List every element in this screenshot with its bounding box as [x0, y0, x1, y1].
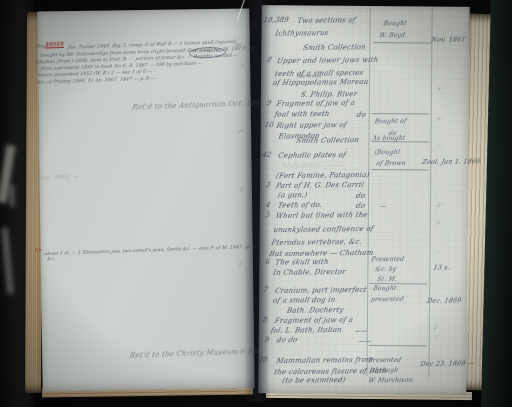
struck-line: Myliobatis ———	[281, 161, 346, 170]
column-tick: /	[435, 335, 438, 341]
entry-line: Part of H. G. Des Carril	[275, 181, 364, 190]
acquisition-note: through	[372, 367, 399, 374]
entry-number: 18,389	[263, 16, 290, 24]
row-rule	[373, 42, 431, 44]
ditto-mark: do	[355, 202, 366, 210]
entry-line: Fragment of jaw of a	[276, 99, 356, 108]
ditto-mark: do	[355, 192, 366, 200]
entry-line: unankylosed confluence of	[273, 225, 375, 234]
paint-smudge	[10, 185, 14, 207]
entry-line: (to be examined)	[281, 376, 346, 385]
row-rule	[372, 113, 429, 114]
dash-mark: —	[379, 203, 387, 210]
column-tick: —	[436, 143, 443, 149]
date-note: Nov. 1861	[431, 37, 467, 44]
row-rule	[371, 169, 428, 170]
entry-line: foal with teeth	[274, 110, 330, 119]
acquisition-note: As bought	[372, 135, 406, 142]
ledger-photo: (Reg) 10310 Jno. Turner 1849. Bay 3, com…	[0, 0, 512, 407]
entry-line: Whorl but lined with the	[275, 211, 369, 220]
entry-line: Fragment of jaw of a	[274, 316, 354, 325]
margin-mark: gr	[238, 129, 246, 135]
entry-number: 20	[258, 356, 269, 364]
row-rule	[369, 345, 427, 347]
acquisition-note: Bought	[383, 20, 408, 27]
acquisition-note: Presented	[368, 357, 402, 364]
entry-line: do do	[276, 336, 298, 344]
entry-line: (Fort Famine, Patagonia)	[275, 171, 370, 180]
entry-number: 9	[266, 99, 272, 107]
entry-line: But somewhere — Chatham	[269, 249, 375, 258]
red-ink-mark: No	[34, 247, 42, 252]
entry-number: 9	[264, 336, 270, 344]
acquisition-note: W. Boyd	[379, 32, 406, 39]
acquisition-note: W. Murchison	[368, 377, 414, 385]
entry-line: (a gun.)	[277, 191, 308, 199]
entry-number: 5	[265, 211, 271, 219]
column-rule	[428, 9, 432, 377]
entry-number: 7	[262, 286, 268, 294]
returned-note: Ret'd to the Antiquarium Oct. 1861	[132, 99, 266, 112]
column-tick: 2	[436, 203, 441, 209]
acquisition-note: Bought	[372, 285, 397, 292]
entry-line: In Chable, Director	[272, 268, 346, 277]
pencil-note: Dec. 1861 —	[37, 174, 79, 182]
left-page: (Reg) 10310 Jno. Turner 1849. Bay 3, com…	[37, 9, 254, 392]
entry-line: Two sections of	[297, 16, 357, 25]
paint-smudge	[1, 228, 14, 294]
entry-line: Smith Collection	[296, 136, 360, 145]
column-tick: —	[435, 249, 442, 255]
date-note: Dec 23. 1869 —	[420, 360, 475, 368]
entry-line: Ichthyosaurus	[275, 29, 330, 38]
entry-line: of Hippopotamus Moreau	[272, 78, 369, 87]
entry-line: Cranium, part imperfect	[274, 286, 367, 295]
entry-line: S. Philip. River	[300, 90, 358, 99]
entry-line: Upper and lower jaws with	[276, 56, 379, 65]
column-tick: +	[436, 87, 442, 93]
column-tick: +	[436, 117, 442, 123]
ditto-mark: do	[356, 111, 367, 119]
entry-number: 8	[262, 316, 268, 324]
entry-number: 10	[264, 121, 275, 129]
date-note: Dec. 1869	[426, 298, 462, 305]
entry-line: Mammalian remains from	[276, 356, 374, 365]
right-page: 18,389 Two sections of Ichthyosaurus Smi…	[258, 5, 469, 395]
entry-line: the calcareous fissure of Bath	[273, 367, 387, 376]
red-stamp: 10310	[46, 42, 64, 49]
entry-line: Cephalic plates of	[277, 151, 346, 160]
margin-mark: 7	[240, 65, 245, 71]
dash-mark: ——	[358, 338, 372, 345]
entry-line: Teeth of do.	[277, 201, 323, 210]
acquisition-note: presented	[370, 296, 404, 303]
margin-mark: 2	[239, 187, 244, 193]
column-tick: s	[436, 221, 440, 227]
entry-line: of a small dog in	[272, 296, 336, 305]
entry-number: 8	[266, 56, 272, 64]
date-note: 13 s.	[433, 265, 451, 272]
returned-note: Ret'd to the Christy Museum 6 Mar. 79	[129, 347, 277, 360]
acquisition-note: of Brown	[376, 160, 407, 167]
entry-number: 4	[265, 201, 271, 209]
entry-line: fol. L. Bath, Italian	[270, 326, 343, 335]
entry-line: Right upper jaw of	[276, 121, 348, 130]
acquisition-note: (Bought	[374, 149, 401, 156]
margin-mark: 96	[234, 43, 243, 49]
dash-mark: ——	[354, 328, 368, 335]
column-tick: 2	[433, 325, 438, 331]
entry-number: 3	[265, 181, 271, 189]
acquisition-note: St. M.	[377, 276, 398, 283]
acquisition-note: Bought of	[374, 118, 407, 125]
entry-number: 6	[265, 258, 271, 266]
entry-number: 42	[262, 151, 273, 159]
register-note-line: &c.	[46, 257, 55, 262]
date-note: Zool. Jan 1. 1868	[422, 158, 481, 166]
entry-line: Bath. Docherty	[286, 306, 344, 315]
entry-line: Pterodus vertebrae, &c.	[271, 238, 363, 247]
margin-mark: 2	[238, 261, 243, 267]
entry-line: Smith Collection	[302, 43, 366, 52]
acquisition-note: &c. by	[375, 266, 397, 273]
entry-line: The skull with	[275, 258, 330, 267]
acquisition-note: Presented	[371, 256, 405, 263]
